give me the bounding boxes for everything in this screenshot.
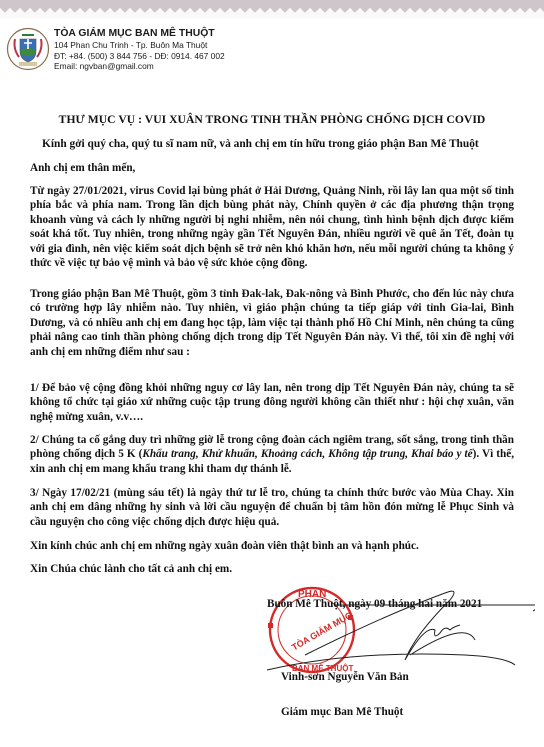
paragraph-1: Từ ngày 27/01/2021, virus Covid lại bùng… [30, 184, 514, 270]
paragraph-2: Trong giáo phận Ban Mê Thuột, gồm 3 tỉnh… [30, 287, 514, 359]
letterhead: TÒA GIÁM MỤC BAN MÊ THUỘT 104 Phan Chu T… [54, 28, 225, 72]
wishes: Xin kính chúc anh chị em những ngày xuân… [30, 539, 514, 553]
five-k-list: Khẩu trang, Khử khuẩn, Khoảng cách, Khôn… [142, 448, 472, 460]
organization-name: TÒA GIÁM MỤC BAN MÊ THUỘT [54, 28, 225, 40]
email: Email: ngvban@gmail.com [54, 61, 225, 72]
letterhead-border [0, 0, 544, 18]
point-2: 2/ Chúng ta cố gắng duy trì những giờ lễ… [30, 433, 514, 476]
greeting: Anh chị em thân mến, [30, 161, 514, 175]
point-3: 3/ Ngày 17/02/21 (mùng sáu tết) là ngày … [30, 486, 514, 529]
point-1: 1/ Để bảo vệ cộng đồng khỏi những nguy c… [30, 381, 514, 424]
salutation: Kính gởi quý cha, quý tu sĩ nam nữ, và a… [42, 138, 479, 150]
coat-of-arms-icon [6, 27, 50, 71]
phone: ĐT: +84. (500) 3 844 756 - DĐ: 0914. 467… [54, 51, 225, 62]
signer-title: Giám mục Ban Mê Thuột [281, 706, 403, 718]
signer-name: Vinh-sơn Nguyễn Văn Bản [281, 671, 409, 683]
address: 104 Phan Chu Trinh - Tp. Buôn Ma Thuột [54, 40, 225, 51]
blessing: Xin Chúa chúc lành cho tất cả anh chị em… [30, 562, 514, 576]
letter-title: THƯ MỤC VỤ : VUI XUÂN TRONG TINH THẦN PH… [0, 113, 544, 126]
